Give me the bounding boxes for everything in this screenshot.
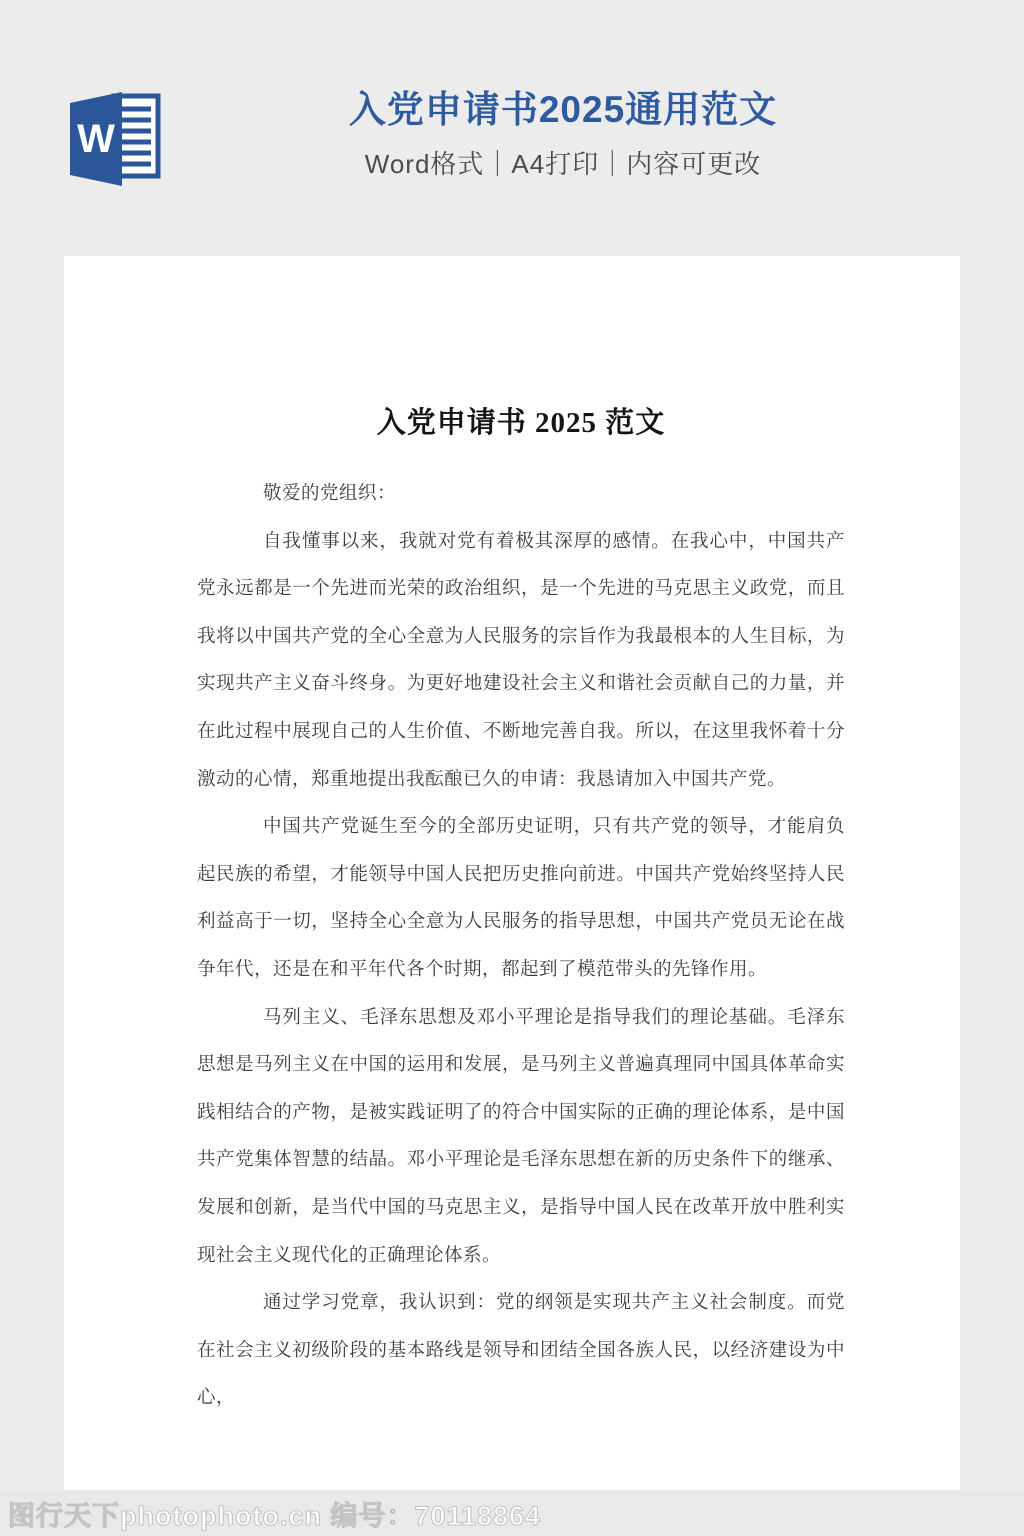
header-text: 入党申请书2025通用范文 Word格式｜A4打印｜内容可更改 [166, 86, 960, 181]
word-w-panel-icon: W [70, 92, 122, 186]
watermark-text: 图行天下photophoto.cn 编号：70118864 [8, 1494, 541, 1533]
salutation: 敬爱的党组织： [197, 469, 845, 517]
document-page: 入党申请书 2025 范文 敬爱的党组织： 自我懂事以来，我就对党有着极其深厚的… [64, 256, 960, 1490]
page-title: 入党申请书2025通用范文 [166, 86, 960, 134]
paragraph-1: 自我懂事以来，我就对党有着极其深厚的感情。在我心中，中国共产党永远都是一个先进而… [197, 517, 845, 803]
word-icon-letter: W [77, 117, 115, 161]
paragraph-2: 中国共产党诞生至今的全部历史证明，只有共产党的领导，才能肩负起民族的希望，才能领… [197, 802, 845, 992]
document-title: 入党申请书 2025 范文 [197, 400, 845, 441]
paragraph-3: 马列主义、毛泽东思想及邓小平理论是指导我们的理论基础。毛泽东思想是马列主义在中国… [197, 993, 845, 1279]
header: W 入党申请书2025通用范文 Word格式｜A4打印｜内容可更改 [62, 86, 960, 202]
word-icon: W [62, 88, 166, 190]
page-subtitle: Word格式｜A4打印｜内容可更改 [166, 144, 960, 181]
footer-bar: 图行天下photophoto.cn 编号：70118864 [0, 1490, 1024, 1536]
paragraph-4: 通过学习党章，我认识到：党的纲领是实现共产主义社会制度。而党在社会主义初级阶段的… [197, 1278, 845, 1421]
